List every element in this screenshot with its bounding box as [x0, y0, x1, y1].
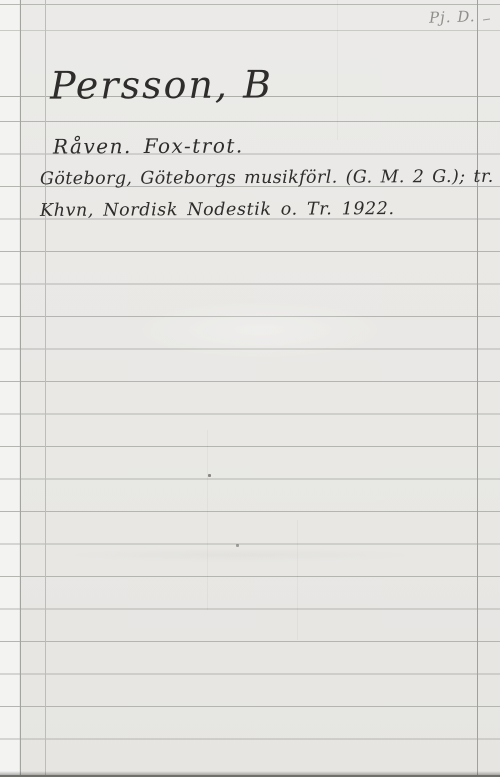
pencil-dash-mark — [483, 19, 490, 21]
ink-speck — [236, 544, 239, 547]
entry-work-title: Råven. Fox-trot. — [53, 136, 244, 157]
scanned-catalog-card: Pj. D. Persson, B Råven. Fox-trot. Göteb… — [0, 0, 500, 777]
rule-line-header — [0, 30, 500, 31]
entry-printer-line: Khvn, Nordisk Nodestik o. Tr. 1922. — [40, 201, 395, 220]
pencil-corner-annotation: Pj. D. — [429, 7, 476, 27]
card-heading-composer: Persson, B — [50, 65, 273, 104]
paper-crease — [337, 0, 338, 140]
entry-publisher-line: Göteborg, Göteborgs musikförl. (G. M. 2 … — [40, 169, 494, 189]
right-margin-line — [477, 0, 478, 777]
left-margin-line — [45, 0, 46, 777]
paper-edge-line — [20, 0, 21, 777]
paper-crease — [207, 430, 208, 610]
ink-speck — [208, 474, 211, 477]
paper-crease — [297, 520, 298, 640]
rule-line-top — [0, 4, 500, 5]
